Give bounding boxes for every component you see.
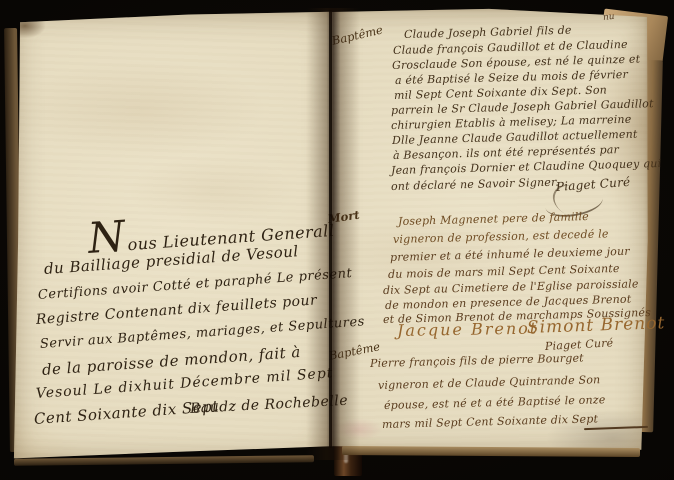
page-stack-edge-bottom-right	[342, 446, 640, 457]
signature-jacque-brenot: Jacque Brenot	[397, 319, 539, 340]
fold-line	[329, 10, 332, 448]
folio-mark: nu	[602, 12, 615, 23]
page-stack-edge-bottom-left	[14, 455, 314, 466]
manuscript-scan: Nous Lieutenant Generall du Bailliage pr…	[0, 0, 674, 480]
